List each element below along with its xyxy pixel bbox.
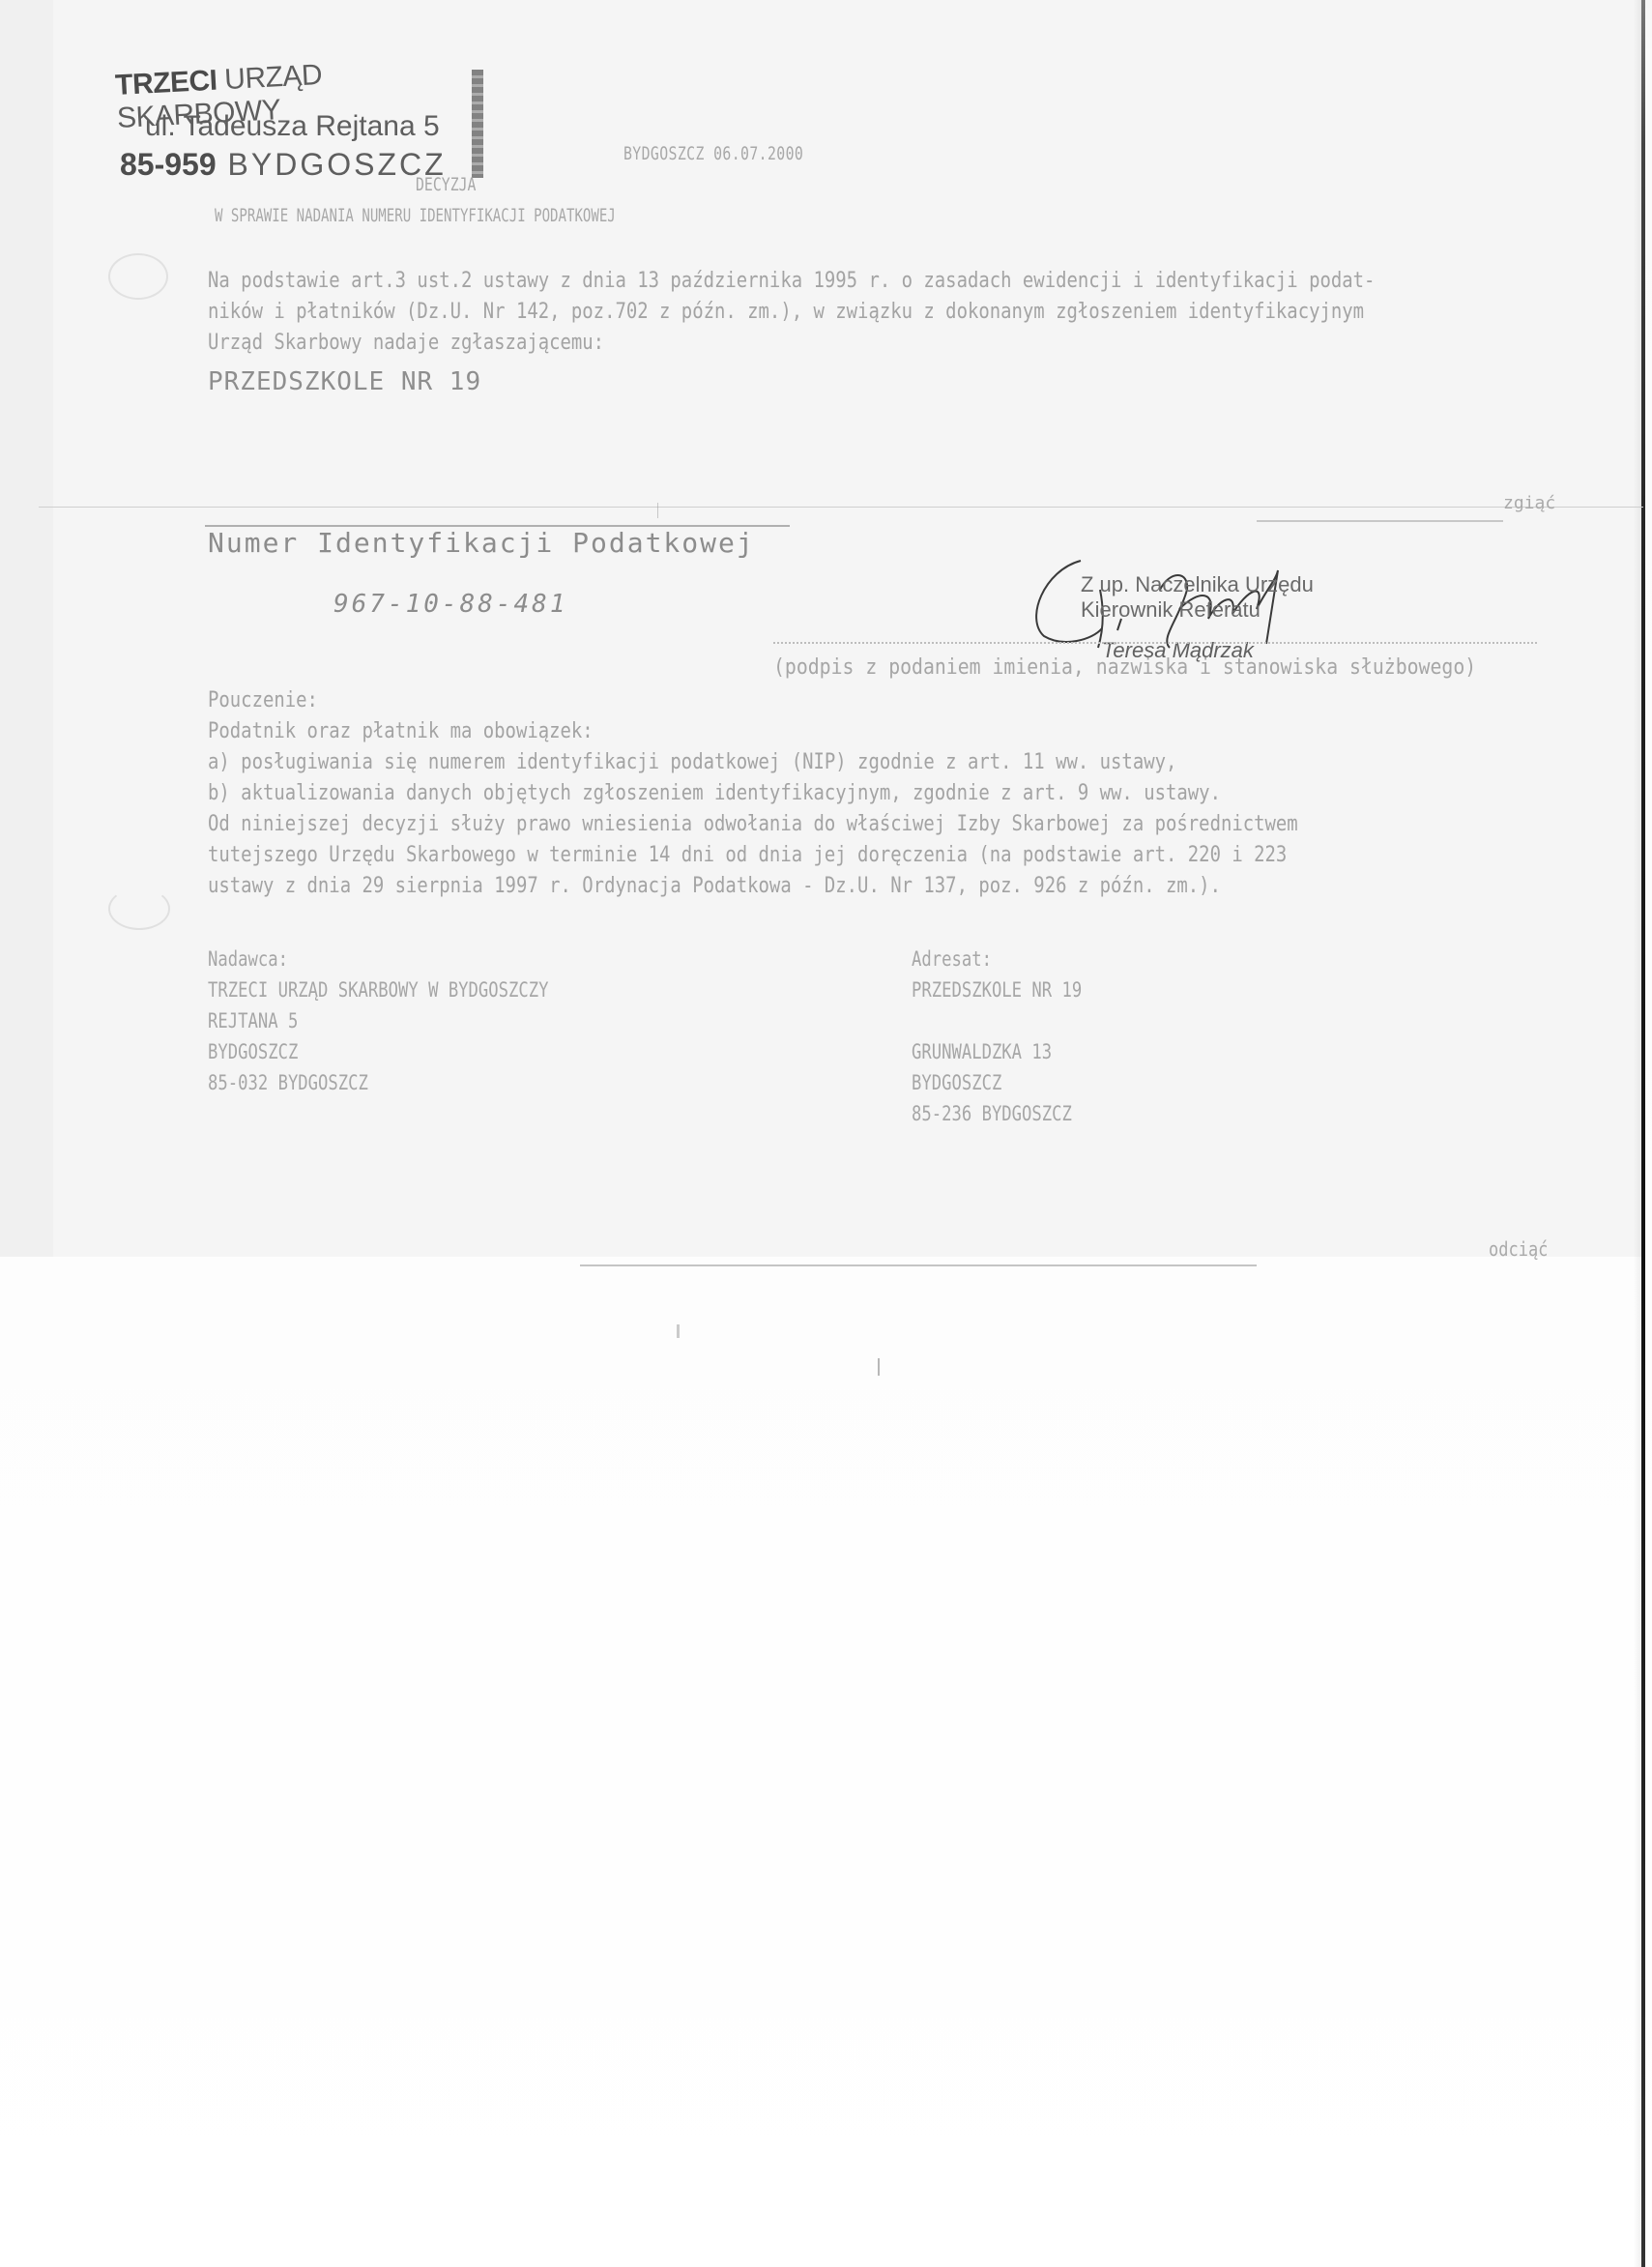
sender-label: Nadawca: [208,947,288,971]
place-and-date: BYDGOSZCZ 06.07.2000 [623,143,803,164]
stamp-city: BYDGOSZCZ [217,147,447,182]
instructions-line: Od niniejszej decyzji służy prawo wniesi… [208,812,1298,836]
intro-line: Urząd Skarbowy nadaje zgłaszającemu: [208,331,604,355]
stamp-line-1-bold: TRZECI [114,65,217,102]
signatory-stamp: Z up. Naczelnika Urzędu Kierownik Refera… [1081,572,1314,623]
scan-left-margin [0,0,53,1257]
instructions-heading: Pouczenie: [208,688,318,712]
addressee-line: PRZEDSZKOLE NR 19 [912,978,1082,1002]
fold-label: zgiąć [1503,493,1555,513]
scan-speck [657,503,658,518]
signatory-role: Kierownik Referatu [1081,597,1314,623]
signature-dotted-line [773,642,1537,644]
scan-right-edge [1641,0,1645,2267]
instructions-line: ustawy z dnia 29 sierpnia 1997 r. Ordyna… [208,874,1221,898]
addressee-line: GRUNWALDZKA 13 [912,1040,1052,1063]
addressee-line: BYDGOSZCZ [912,1071,1001,1094]
sender-line: REJTANA 5 [208,1009,298,1032]
nip-value: 967-10-88-481 [333,590,568,619]
recipient-name: PRZEDSZKOLE NR 19 [208,367,481,396]
addressee-line: 85-236 BYDGOSZCZ [912,1102,1072,1125]
stamp-line-2: ul. Tadeusza Rejtana 5 [145,110,440,143]
document-title: DECYZJA [416,174,476,195]
instructions-line: tutejszego Urzędu Skarbowego w terminie … [208,843,1287,867]
instructions-line: b) aktualizowania danych objętych zgłosz… [208,781,1221,805]
stamp-line-3: 85-959 BYDGOSZCZ [120,147,447,183]
sender-line: BYDGOSZCZ [208,1040,298,1063]
sender-line: TRZECI URZĄD SKARBOWY W BYDGOSZCZY [208,978,548,1002]
stamp-postcode: 85-959 [120,147,217,182]
scan-speck [878,1358,880,1376]
signature-caption: (podpis z podaniem imienia, nazwiska i s… [773,655,1476,680]
addressee-label: Adresat: [912,947,992,971]
stamp-border-mark [472,70,483,178]
nip-label: Numer Identyfikacji Podatkowej [208,527,755,559]
cut-line [580,1264,1257,1266]
instructions-line: a) posługiwania się numerem identyfikacj… [208,750,1176,774]
intro-line: ników i płatników (Dz.U. Nr 142, poz.702… [208,300,1364,324]
scan-edge-shadow [1634,0,1641,2267]
document-subtitle: W SPRAWIE NADANIA NUMERU IDENTYFIKACJI P… [215,205,616,226]
instructions-line: Podatnik oraz płatnik ma obowiązek: [208,719,594,743]
fold-line [39,507,1643,508]
scan-smudge [108,887,170,930]
scan-speck [677,1324,680,1338]
scan-smudge [108,253,168,300]
sender-line: 85-032 BYDGOSZCZ [208,1071,368,1094]
scanned-document-page: TRZECI URZĄD SKARBOWY ul. Tadeusza Rejta… [0,0,1652,2267]
fold-mark-line [1257,520,1503,522]
signatory-authority: Z up. Naczelnika Urzędu [1081,572,1314,597]
intro-line: Na podstawie art.3 ust.2 ustawy z dnia 1… [208,269,1375,293]
cut-label: odciąć [1489,1237,1548,1261]
